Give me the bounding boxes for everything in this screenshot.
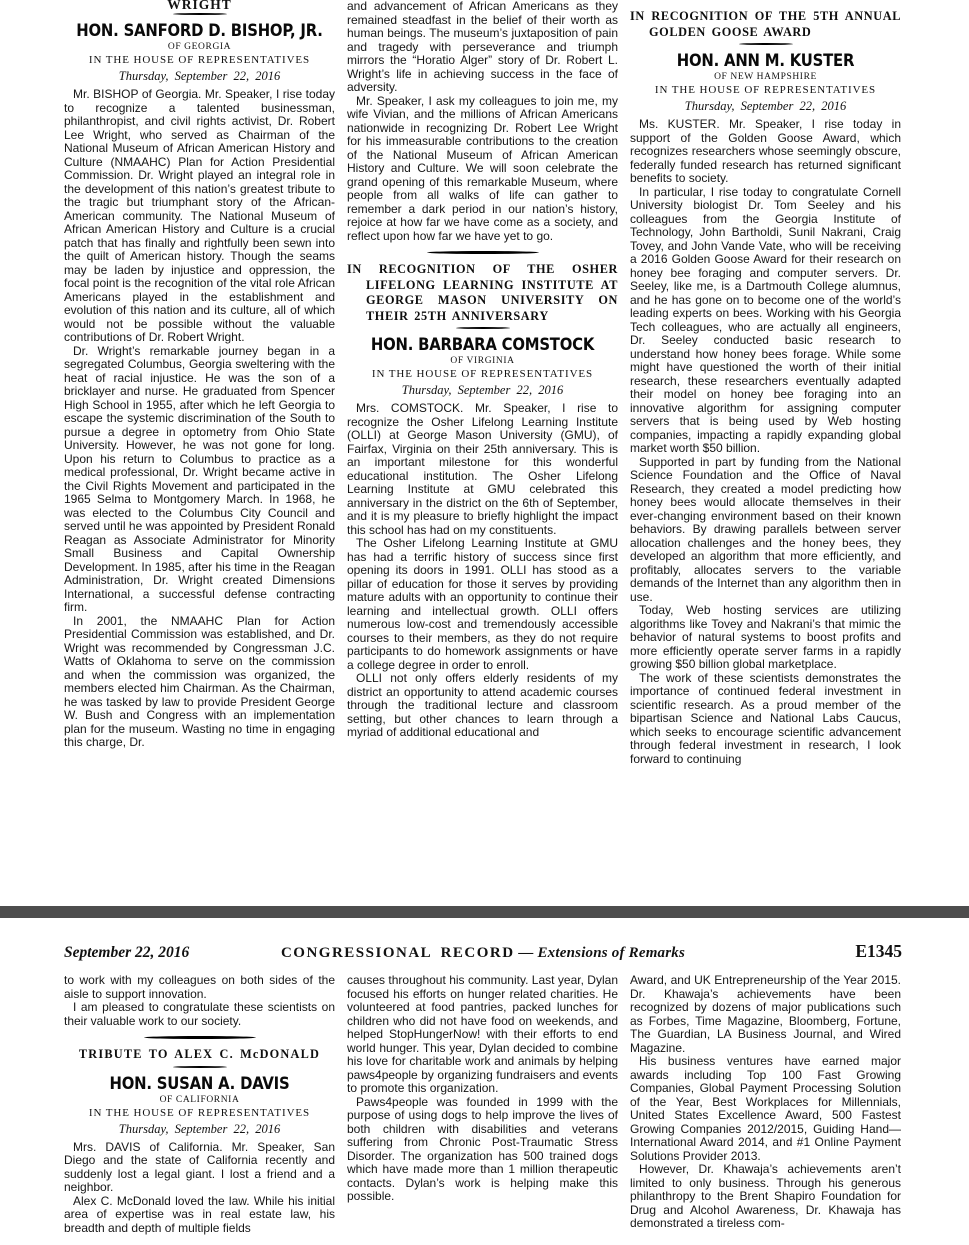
member-state: OF NEW HAMPSHIRE — [630, 72, 901, 82]
page2-column-2: causes throughout his community. Last ye… — [347, 974, 618, 1245]
header-title: CONGRESSIONAL RECORD — Extensions of Rem… — [279, 945, 687, 962]
member-name-davis: HON. SUSAN A. DAVIS — [64, 1074, 335, 1093]
continuation-paragraph: Award, and UK Entrepreneurship of the Ye… — [630, 974, 901, 1055]
chamber-line: IN THE HOUSE OF REPRESENTATIVES — [630, 84, 901, 96]
chamber-line: IN THE HOUSE OF REPRESENTATIVES — [64, 54, 335, 66]
paragraph: Mrs. DAVIS of California. Mr. Speaker, S… — [64, 1141, 335, 1195]
paragraph: His business ventures have earned major … — [630, 1055, 901, 1163]
paragraph: Ms. KUSTER. Mr. Speaker, I rise today in… — [630, 118, 901, 186]
chamber-line: IN THE HOUSE OF REPRESENTATIVES — [347, 368, 618, 380]
member-state: OF GEORGIA — [64, 42, 335, 52]
continuation-paragraph: and advancement of African Americans as … — [347, 0, 618, 95]
page2-column-1: to work with my colleagues on both sides… — [64, 974, 335, 1245]
title-rule — [173, 13, 227, 15]
article-title-osher: IN RECOGNITION OF THE OSHER LIFELONG LEA… — [347, 262, 618, 324]
header-title-main: CONGRESSIONAL RECORD — [281, 945, 515, 961]
title-rule — [739, 43, 793, 45]
article-separator — [427, 251, 539, 254]
paragraph: I am pleased to congratulate these scien… — [64, 1001, 335, 1028]
paragraph: Mrs. COMSTOCK. Mr. Speaker, I rise to re… — [347, 402, 618, 537]
paragraph: The work of these scientists demonstrate… — [630, 672, 901, 767]
page1-column-2: and advancement of African Americans as … — [347, 0, 618, 854]
member-name-kuster: HON. ANN M. KUSTER — [630, 51, 901, 70]
paragraph: Dr. Wright’s remarkable journey began in… — [64, 345, 335, 615]
header-title-suffix: — Extensions of Remarks — [518, 945, 685, 961]
header-date: September 22, 2016 — [64, 944, 279, 962]
page1-column-1: WRIGHT HON. SANFORD D. BISHOP, JR. OF GE… — [64, 0, 335, 854]
page-break-divider-bar — [0, 906, 969, 918]
title-rule — [173, 1066, 227, 1068]
paragraph: In particular, I rise today to congratul… — [630, 186, 901, 456]
paragraph: However, Dr. Khawaja’s achievements aren… — [630, 1163, 901, 1231]
page1-column-3: IN RECOGNITION OF THE 5TH ANNUAL GOLDEN … — [630, 0, 901, 854]
paragraph: In 2001, the NMAAHC Plan for Action Pres… — [64, 615, 335, 750]
speech-date: Thursday, September 22, 2016 — [630, 99, 901, 114]
article-title-mcdonald: TRIBUTE TO ALEX C. McDONALD — [64, 1047, 335, 1063]
page2-column-3: Award, and UK Entrepreneurship of the Ye… — [630, 974, 901, 1245]
member-state: OF CALIFORNIA — [64, 1095, 335, 1105]
paragraph: Supported in part by funding from the Na… — [630, 456, 901, 605]
title-rule — [456, 327, 510, 329]
paragraph: OLLI not only offers elderly residents o… — [347, 672, 618, 740]
continued-title-text: WRIGHT — [64, 0, 335, 10]
speech-date: Thursday, September 22, 2016 — [64, 69, 335, 84]
paragraph: Mr. Speaker, I ask my colleagues to join… — [347, 95, 618, 244]
page1-columns: WRIGHT HON. SANFORD D. BISHOP, JR. OF GE… — [64, 0, 902, 854]
member-name-comstock: HON. BARBARA COMSTOCK — [347, 335, 618, 354]
paragraph: Alex C. McDonald loved the law. While hi… — [64, 1195, 335, 1236]
continued-title-fragment: WRIGHT — [64, 0, 335, 10]
article-separator — [144, 1036, 256, 1039]
paragraph: Paws4people was founded in 1999 with the… — [347, 1096, 618, 1204]
article-title-golden-goose: IN RECOGNITION OF THE 5TH ANNUAL GOLDEN … — [630, 9, 901, 40]
paragraph: The Osher Lifelong Learning Institute at… — [347, 537, 618, 672]
header-page-number: E1345 — [687, 941, 902, 962]
paragraph: Today, Web hosting services are utilizin… — [630, 604, 901, 672]
speech-date: Thursday, September 22, 2016 — [64, 1122, 335, 1137]
paragraph: Mr. BISHOP of Georgia. Mr. Speaker, I ri… — [64, 88, 335, 345]
chamber-line: IN THE HOUSE OF REPRESENTATIVES — [64, 1107, 335, 1119]
speech-date: Thursday, September 22, 2016 — [347, 383, 618, 398]
continuation-paragraph: causes throughout his community. Last ye… — [347, 974, 618, 1096]
member-name-bishop: HON. SANFORD D. BISHOP, JR. — [64, 21, 335, 40]
member-state: OF VIRGINIA — [347, 356, 618, 366]
continuation-paragraph: to work with my colleagues on both sides… — [64, 974, 335, 1001]
running-header: September 22, 2016 CONGRESSIONAL RECORD … — [64, 941, 902, 962]
page2-columns: to work with my colleagues on both sides… — [64, 974, 902, 1245]
